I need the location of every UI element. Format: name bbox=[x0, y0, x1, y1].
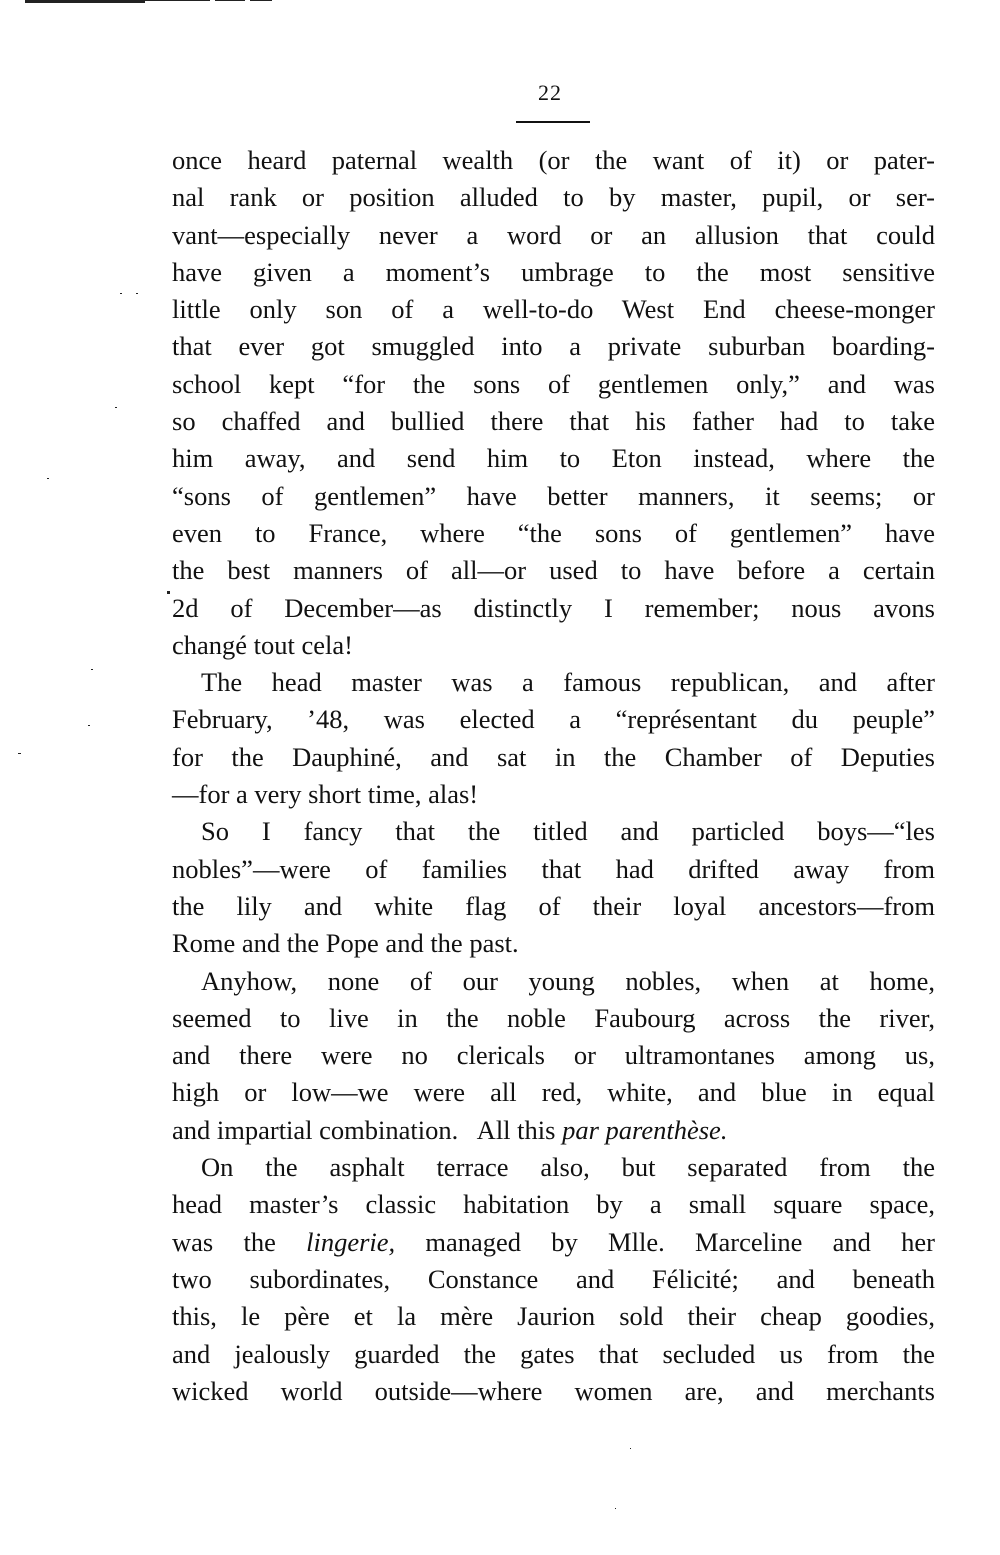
text-line: so chaffed and bullied there that his fa… bbox=[172, 403, 935, 440]
text-line: two subordinates, Constance and Félicité… bbox=[172, 1261, 935, 1298]
text-line: school kept “for the sons of gentlemen o… bbox=[172, 366, 935, 403]
text-line: nal rank or position alluded to by maste… bbox=[172, 179, 935, 216]
text-line: this, le père et la mère Jaurion sold th… bbox=[172, 1298, 935, 1335]
text-line: “sons of gentlemen” have better manners,… bbox=[172, 478, 935, 515]
text-line: high or low—we were all red, white, and … bbox=[172, 1074, 935, 1111]
paragraph: once heard paternal wealth (or the want … bbox=[172, 142, 935, 664]
scan-speck bbox=[630, 1448, 631, 1449]
paragraph: On the asphalt terrace also, but separat… bbox=[172, 1149, 935, 1410]
text-line: changé tout cela! bbox=[172, 627, 935, 664]
paragraph: Anyhow, none of our young nobles, when a… bbox=[172, 963, 935, 1149]
scan-speck bbox=[88, 725, 90, 726]
text-line: him away, and send him to Eton instead, … bbox=[172, 440, 935, 477]
text-line: and there were no clericals or ultramont… bbox=[172, 1037, 935, 1074]
scan-speck bbox=[115, 407, 117, 408]
scan-edge-line bbox=[250, 0, 272, 1]
text-run: managed by Mlle. Marceline and her bbox=[395, 1227, 935, 1257]
scan-speck bbox=[615, 1508, 616, 1509]
text-line: Rome and the Pope and the past. bbox=[172, 925, 935, 962]
text-line: and jealously guarded the gates that sec… bbox=[172, 1336, 935, 1373]
text-line: the best manners of all—or used to have … bbox=[172, 552, 935, 589]
text-line: Anyhow, none of our young nobles, when a… bbox=[172, 963, 935, 1000]
scan-speck bbox=[18, 753, 21, 754]
scan-speck bbox=[167, 591, 170, 594]
text-line: nobles”—were of families that had drifte… bbox=[172, 851, 935, 888]
text-line: was the lingerie, managed by Mlle. Marce… bbox=[172, 1224, 935, 1261]
scan-edge-line bbox=[145, 0, 210, 1]
text-line: for the Dauphiné, and sat in the Chamber… bbox=[172, 739, 935, 776]
text-line: the lily and white flag of their loyal a… bbox=[172, 888, 935, 925]
scan-speck bbox=[91, 669, 93, 670]
scan-speck bbox=[136, 293, 138, 294]
text-line: have given a moment’s umbrage to the mos… bbox=[172, 254, 935, 291]
scan-edge-line bbox=[25, 0, 145, 3]
text-line: So I fancy that the titled and particled… bbox=[172, 813, 935, 850]
text-run: was the bbox=[172, 1227, 306, 1257]
text-line: even to France, where “the sons of gentl… bbox=[172, 515, 935, 552]
text-line: —for a very short time, alas! bbox=[172, 776, 935, 813]
text-line: seemed to live in the noble Faubourg acr… bbox=[172, 1000, 935, 1037]
scan-speck bbox=[47, 478, 49, 479]
text-line: wicked world outside—where women are, an… bbox=[172, 1373, 935, 1410]
text-run: and impartial combination. All this bbox=[172, 1115, 562, 1145]
scan-speck bbox=[120, 293, 122, 294]
text-line: 2d of December—as distinctly I remember;… bbox=[172, 590, 935, 627]
text-line: head master’s classic habitation by a sm… bbox=[172, 1186, 935, 1223]
text-line: February, ’48, was elected a “représenta… bbox=[172, 701, 935, 738]
text-line: little only son of a well-to-do West End… bbox=[172, 291, 935, 328]
header-rule bbox=[516, 121, 590, 123]
page-number: 22 bbox=[0, 80, 1000, 106]
italic-phrase: par parenthèse. bbox=[562, 1115, 727, 1145]
text-line: On the asphalt terrace also, but separat… bbox=[172, 1149, 935, 1186]
paragraph: The head master was a famous republican,… bbox=[172, 664, 935, 813]
text-line: The head master was a famous republican,… bbox=[172, 664, 935, 701]
scan-edge-line bbox=[215, 0, 245, 1]
text-line: once heard paternal wealth (or the want … bbox=[172, 142, 935, 179]
text-line: vant—especially never a word or an allus… bbox=[172, 217, 935, 254]
text-line: that ever got smuggled into a private su… bbox=[172, 328, 935, 365]
italic-phrase: lingerie, bbox=[306, 1227, 395, 1257]
paragraph: So I fancy that the titled and particled… bbox=[172, 813, 935, 962]
text-line: and impartial combination. All this par … bbox=[172, 1112, 935, 1149]
body-text: once heard paternal wealth (or the want … bbox=[172, 142, 935, 1410]
